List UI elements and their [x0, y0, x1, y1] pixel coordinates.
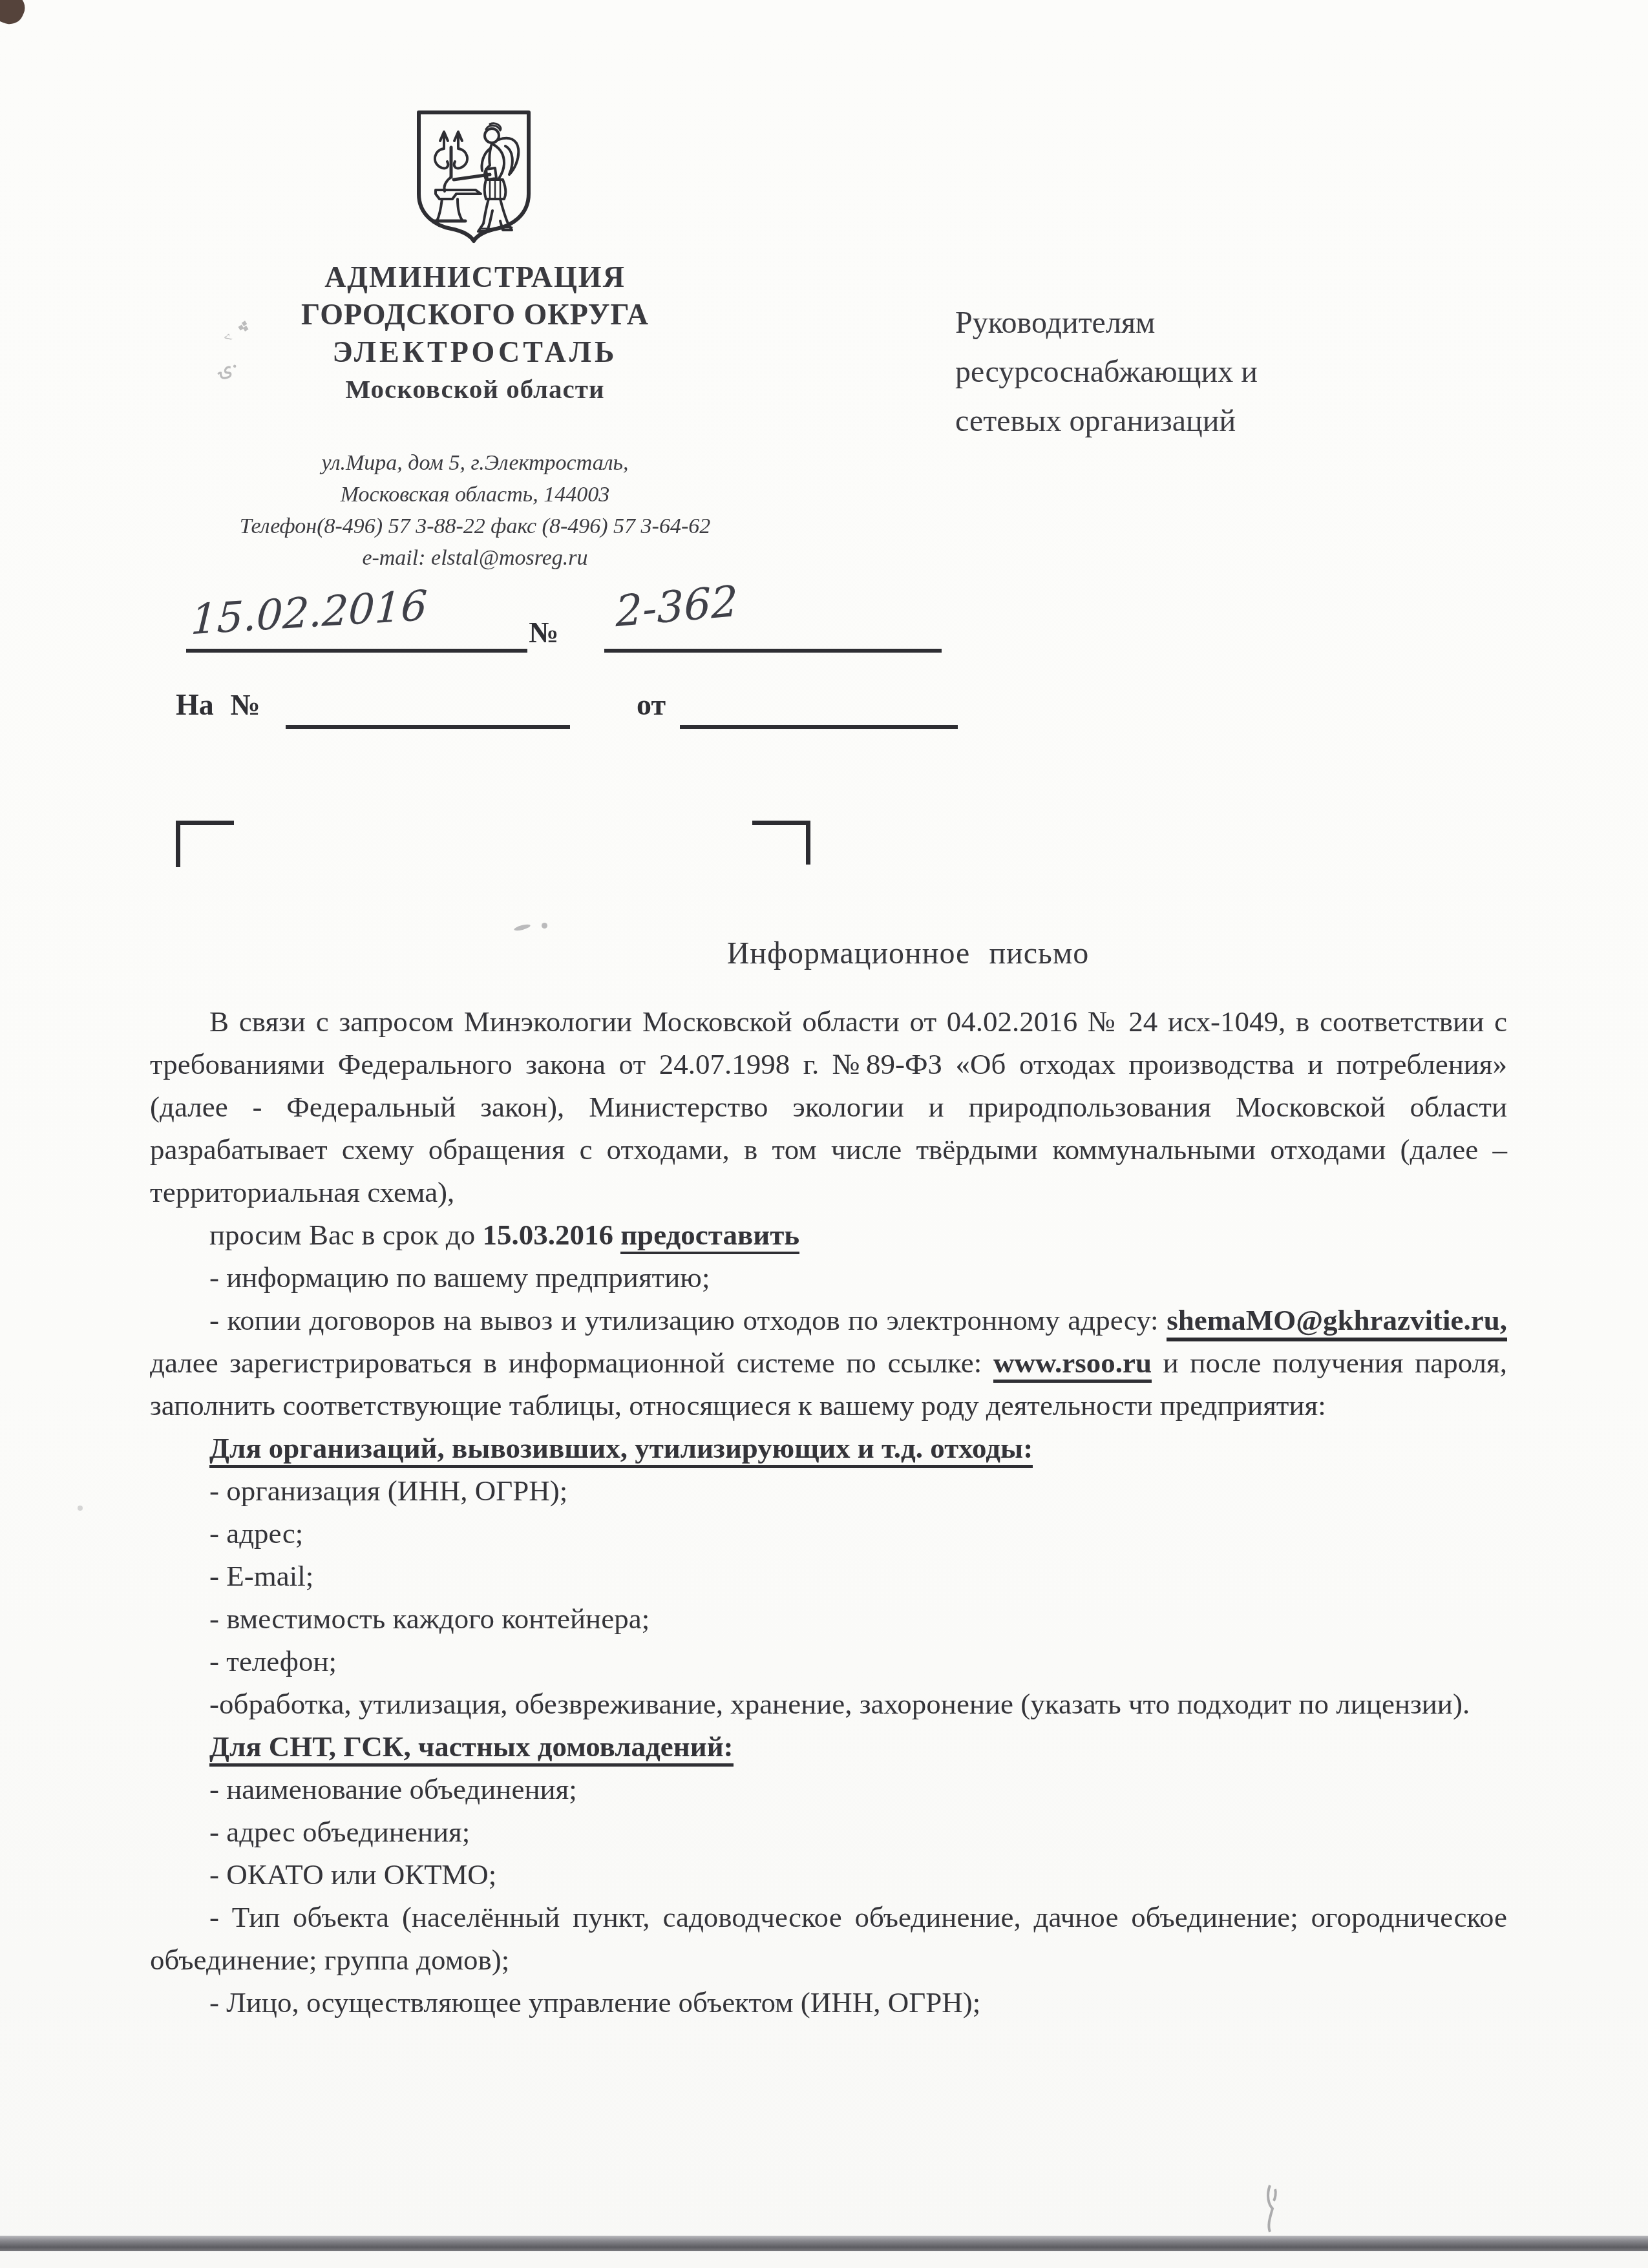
deadline-date: 15.03.2016 [482, 1219, 613, 1251]
org-region-line: Московской области [184, 371, 766, 407]
address-line: ул.Мира, дом 5, г.Электросталь, [120, 447, 830, 479]
scan-speck [78, 1506, 83, 1511]
scan-speck [514, 923, 531, 932]
scan-speck [542, 923, 547, 929]
list-item: -обработка, утилизация, обезвреживание, … [150, 1683, 1507, 1725]
request-text: просим Вас в срок до [209, 1219, 482, 1251]
recipient-block: Руководителям ресурсоснабжающих и сетевы… [955, 299, 1459, 446]
scan-corner-smudge [0, 0, 30, 29]
bullet-info: - информацию по вашему предприятию; [150, 1256, 1507, 1299]
list-item-text: - организация (ИНН, ОГРН); [209, 1475, 567, 1507]
corner-bracket-right [806, 821, 810, 865]
corner-bracket-right [752, 821, 810, 825]
recipient-line: ресурсоснабжающих и [955, 348, 1459, 397]
website-link: www.rsoo.ru [993, 1347, 1152, 1383]
list-item-text: - адрес; [209, 1517, 303, 1549]
bullet-contracts: - копии договоров на вывоз и утилизацию … [150, 1299, 1507, 1427]
number-sign: № [529, 615, 558, 649]
reply-date-blank [680, 725, 958, 729]
email-address-link: shemaMO@gkhrazvitie.ru, [1167, 1304, 1507, 1341]
request-verb-underlined: предоставить [620, 1219, 799, 1254]
scanned-letter-page: ؞ۦ ۍ· [0, 0, 1648, 2268]
list-item: - E-mail; [150, 1555, 1507, 1597]
reply-date-label: от [637, 688, 666, 722]
list-item-text: - вместимость каждого контейнера; [209, 1602, 650, 1635]
corner-bracket-left [176, 821, 234, 825]
list-item: - вместимость каждого контейнера; [150, 1597, 1507, 1640]
scan-squiggle [1251, 2183, 1296, 2234]
handwritten-number: 2-362 [615, 576, 739, 637]
section-heading-text: Для СНТ, ГСК, частных домовладений: [209, 1730, 734, 1767]
handwritten-date: 15.02.2016 [190, 582, 428, 645]
list-item-text: - Тип объекта (населённый пункт, садовод… [150, 1901, 1507, 1976]
list-item-text: - Лицо, осуществляющее управление объект… [209, 1986, 980, 2019]
reply-number-blank [286, 725, 570, 729]
list-item-text: - телефон; [209, 1645, 337, 1677]
bullet-info-text: - информацию по вашему предприятию; [209, 1261, 710, 1294]
paragraph-request: просим Вас в срок до 15.03.2016 предоста… [150, 1213, 1507, 1256]
list-item: - Лицо, осуществляющее управление объект… [150, 1981, 1507, 2024]
letter-body: В связи с запросом Минэкологии Московско… [150, 1000, 1507, 2024]
letterhead-org-block: АДМИНИСТРАЦИЯ ГОРОДСКОГО ОКРУГА ЭЛЕКТРОС… [184, 258, 766, 407]
document-title: Информационное письмо [682, 936, 1134, 971]
list-item: - адрес; [150, 1512, 1507, 1555]
section-heading-text: Для организаций, вывозивших, утилизирующ… [209, 1432, 1033, 1468]
org-name-line: ГОРОДСКОГО ОКРУГА [184, 296, 766, 333]
section-heading-organizations: Для организаций, вывозивших, утилизирующ… [150, 1427, 1507, 1469]
paragraph-intro: В связи с запросом Минэкологии Московско… [150, 1000, 1507, 1213]
register-text: далее зарегистрироваться в информационно… [150, 1347, 993, 1379]
reply-number-label: На № [176, 688, 260, 722]
number-blank-line [604, 649, 942, 653]
list-item: - телефон; [150, 1640, 1507, 1683]
org-name-line: ЭЛЕКТРОСТАЛЬ [184, 333, 766, 371]
list-item: - Тип объекта (населённый пункт, садовод… [150, 1896, 1507, 1981]
list-item-text: - ОКАТО или ОКТМО; [209, 1858, 496, 1891]
address-line: Московская область, 144003 [120, 479, 830, 510]
list-item: - адрес объединения; [150, 1811, 1507, 1853]
list-item-text: -обработка, утилизация, обезвреживание, … [209, 1688, 1470, 1720]
corner-bracket-left [176, 821, 180, 867]
list-item-text: - наименование объединения; [209, 1773, 577, 1805]
list-item: - наименование объединения; [150, 1768, 1507, 1811]
email-line: e-mail: elstal@mosreg.ru [120, 542, 830, 574]
org-name-line: АДМИНИСТРАЦИЯ [184, 258, 766, 296]
date-blank-line [186, 649, 527, 653]
coat-of-arms-icon [414, 107, 534, 246]
phone-fax-line: Телефон(8-496) 57 3-88-22 факс (8-496) 5… [120, 510, 830, 542]
bullet-contracts-text: - копии договоров на вывоз и утилизацию … [209, 1304, 1167, 1336]
list-item-text: - адрес объединения; [209, 1816, 470, 1848]
paragraph-intro-text: В связи с запросом Минэкологии Московско… [150, 1005, 1507, 1208]
section-heading-snt: Для СНТ, ГСК, частных домовладений: [150, 1725, 1507, 1768]
recipient-line: сетевых организаций [955, 397, 1459, 446]
space [613, 1219, 620, 1251]
list-item: - ОКАТО или ОКТМО; [150, 1853, 1507, 1896]
list-item-text: - E-mail; [209, 1560, 313, 1592]
list-item: - организация (ИНН, ОГРН); [150, 1469, 1507, 1512]
scanner-edge-bar [0, 2236, 1648, 2251]
recipient-line: Руководителям [955, 299, 1459, 348]
letterhead-address-block: ул.Мира, дом 5, г.Электросталь, Московск… [120, 447, 830, 574]
